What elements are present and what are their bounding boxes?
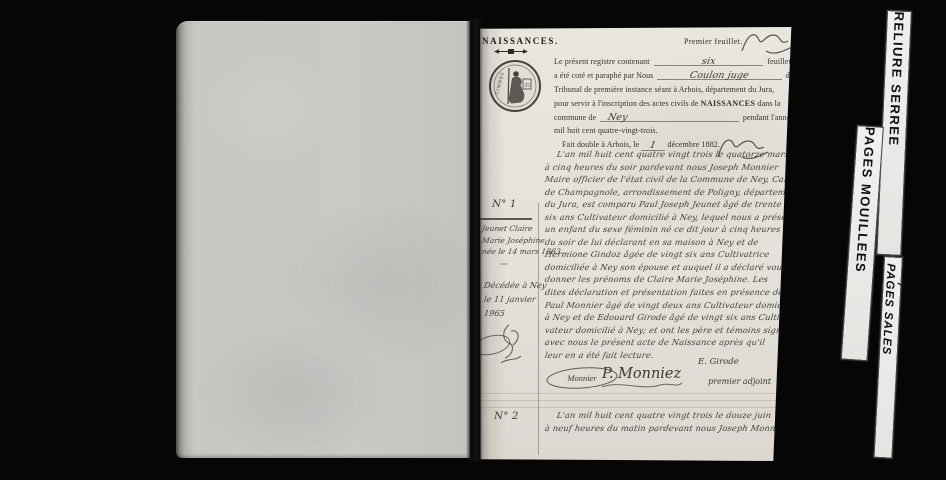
blank-commune: Ney bbox=[600, 113, 739, 122]
page-crease bbox=[480, 407, 792, 408]
left-blank-page bbox=[176, 21, 470, 458]
act-line: à cinq heures du soir pardevant nous Jos… bbox=[544, 161, 794, 174]
handwritten-judge-name: Coulon juge bbox=[689, 72, 750, 80]
header-ornament bbox=[494, 48, 528, 55]
act-1-margin-underline bbox=[480, 218, 532, 220]
act-line: six ans Cultivateur domicilié à Ney, leq… bbox=[544, 211, 794, 224]
act-line: L'an mil huit cent quatre vingt trois le… bbox=[544, 148, 794, 161]
death-note-line: Décédée à Ney bbox=[483, 278, 547, 292]
preamble-text: Le présent registre contenant bbox=[554, 57, 650, 66]
register-type-heading: NAISSANCES. bbox=[482, 36, 559, 46]
signature-main: P. Monniez bbox=[602, 366, 681, 382]
preamble-line-4: pour servir à l'inscription des actes ci… bbox=[554, 99, 794, 108]
stamp-value: 25 bbox=[525, 83, 531, 89]
act-line: avec nous le présent acte de Naissance a… bbox=[544, 336, 794, 349]
page-crease bbox=[480, 393, 792, 394]
act-line: un enfant du sexe féminin né ce dit jour… bbox=[544, 223, 794, 236]
act-line: à neuf heures du matin pardevant nous Jo… bbox=[544, 422, 794, 435]
preamble-text: dans la bbox=[757, 99, 780, 108]
handwritten-commune: Ney bbox=[607, 114, 628, 122]
act-number-text: N° 2 bbox=[494, 410, 518, 422]
preamble-text: pour servir à l'inscription des actes ci… bbox=[554, 99, 699, 108]
act-line: donner les prénoms de Claire Marie Josép… bbox=[544, 273, 794, 286]
signature-flourish bbox=[598, 379, 684, 391]
act-line: leur en a été fait lecture. bbox=[544, 349, 794, 362]
paper-texture bbox=[176, 21, 470, 458]
preamble-text: commune de bbox=[554, 113, 596, 122]
act-line: Maire officier de l'état civil de la Com… bbox=[544, 173, 794, 186]
binding-gutter bbox=[466, 18, 483, 462]
signature-text: E. Girode bbox=[698, 357, 739, 367]
register-type-word: NAISSANCES bbox=[701, 99, 756, 108]
act-line: à Ney et de Edouard Girode âgé de vingt … bbox=[544, 311, 794, 324]
margin-dash: — bbox=[481, 258, 527, 270]
preamble-line-2: a été coté et paraphé par Nous Coulon ju… bbox=[554, 71, 794, 80]
death-marginal-note: Décédée à Ney le 11 janvier 1965 bbox=[484, 278, 547, 320]
death-note-line: le 11 janvier bbox=[483, 292, 547, 306]
preamble-text: feuillets bbox=[767, 57, 794, 66]
act-1-body: L'an mil huit cent quatre vingt trois le… bbox=[544, 148, 792, 361]
act-2-number: N° 2 bbox=[494, 410, 518, 422]
judge-paraph-top bbox=[736, 29, 798, 59]
handwritten-feuillet-count: six bbox=[701, 58, 716, 66]
act-line: L'an mil huit cent quatre vingt trois le… bbox=[544, 409, 794, 422]
blank-feuillets: six bbox=[654, 57, 764, 66]
label-strip-pages-sales: PAGES SALES 7 bbox=[873, 256, 903, 459]
act-line: de Champagnole, arrondissement de Polign… bbox=[544, 186, 794, 199]
preamble-line-5: commune de Ney pendant l'année bbox=[554, 113, 794, 122]
folio-note: Premier feuillet. bbox=[684, 37, 743, 46]
act-line: Hermione Gindoz âgée de vingt six ans Cu… bbox=[544, 248, 794, 261]
death-note-line: 1965 bbox=[483, 306, 547, 320]
act-line: du Jura, est comparu Paul Joseph Jeunet … bbox=[544, 198, 794, 211]
preamble-text: du bbox=[786, 71, 794, 80]
page-crease bbox=[480, 400, 792, 401]
act-line: domiciliée à Ney son épouse et auquel il… bbox=[544, 261, 794, 274]
strip-label-text: PAGES MOUILLEES bbox=[847, 126, 878, 359]
blank-judge-name: Coulon juge bbox=[657, 71, 781, 80]
signature-text: Monnier bbox=[566, 373, 597, 383]
register-page: NAISSANCES. Premier feuillet. 25 TIMBRE bbox=[480, 27, 792, 461]
preamble-line-1: Le présent registre contenant six feuill… bbox=[554, 57, 794, 66]
microfilm-scan: NAISSANCES. Premier feuillet. 25 TIMBRE bbox=[0, 0, 946, 480]
act-line: Paul Monnier âgé de vingt deux ans Culti… bbox=[544, 299, 794, 312]
signature-girode: E. Girode bbox=[698, 357, 739, 367]
preamble-line-3: Tribunal de première instance séant à Ar… bbox=[554, 85, 794, 94]
act-1-number: N° 1 bbox=[492, 198, 516, 210]
signature-text: premier adjoint bbox=[708, 377, 771, 386]
act-line: dites déclaration et présentation faites… bbox=[544, 286, 794, 299]
preamble-text: pendant l'année bbox=[743, 113, 794, 122]
signature-title: premier adjoint bbox=[708, 377, 771, 386]
strip-label-text: RELIURE SERREE bbox=[881, 11, 907, 254]
act-line: vateur domicilié à Ney; et ont les père … bbox=[544, 324, 794, 337]
act-number-text: N° 1 bbox=[492, 198, 516, 210]
act-2-body: L'an mil huit cent quatre vingt trois le… bbox=[544, 409, 792, 434]
revenue-stamp: 25 TIMBRE bbox=[488, 59, 542, 113]
act-line: du soir de lui déclarant en sa maison à … bbox=[544, 236, 794, 249]
preamble-text: a été coté et paraphé par Nous bbox=[554, 71, 653, 80]
